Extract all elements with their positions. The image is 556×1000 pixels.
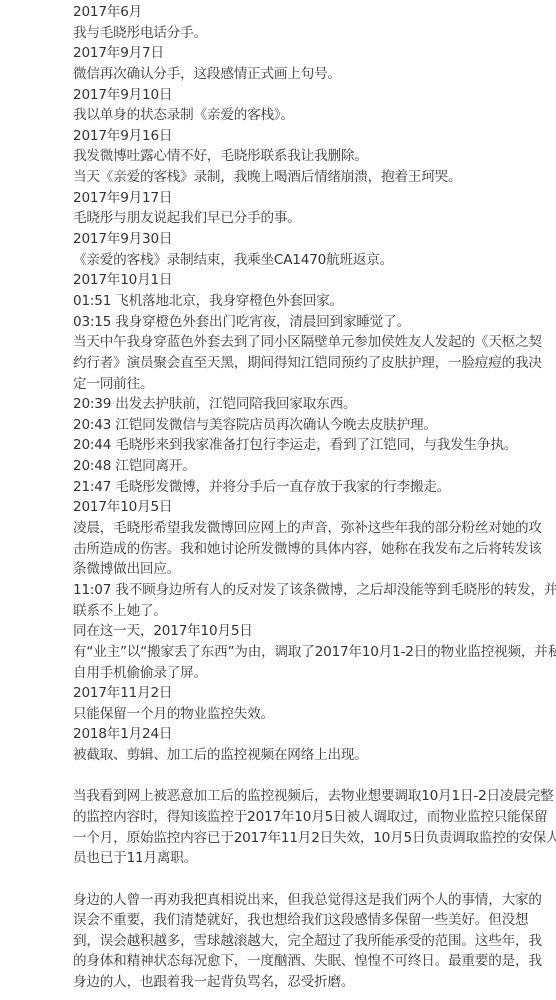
paragraph-line: 误会不重要，我们清楚就好，我也想给我们这段感情多保留一些美好。但没想 [73,910,543,931]
date-heading: 2017年6月 [73,2,543,23]
date-heading: 2017年10月1日 [73,270,543,291]
paragraph-line: 的监控内容时，得知该监控于2017年10月5日被人调取过，而物业监控只能保留 [73,807,543,828]
paragraph-line: 微信再次确认分手，这段感情正式画上句号。 [73,64,543,85]
timeline-entry: 20:39 出发去护肤前，江铠同陪我回家取东西。 [73,394,543,415]
date-heading: 2018年1月24日 [73,724,543,745]
paragraph-line: 凌晨，毛晓彤希望我发微博回应网上的声音，弥补这些年我的部分粉丝对她的攻 [73,518,543,539]
paragraph-line: 我以单身的状态录制《亲爱的客栈》。 [73,105,543,126]
paragraph-line: 当天中午我身穿蓝色外套去到了同小区隔壁单元参加侯姓友人发起的《天枢之契 [73,332,543,353]
paragraph-line: 的身体和精神状态每况愈下，一度酗酒、失眠、惶惶不可终日。最重要的是，我 [73,951,543,972]
paragraph-line: 被截取、剪辑、加工后的监控视频在网络上出现。 [73,745,543,766]
paragraph-line: 条微博做出回应。 [73,559,543,580]
paragraph-line: 自用手机偷偷录了屏。 [73,663,543,684]
timeline-entry: 20:44 毛晓彤来到我家准备打包行李运走，看到了江铠同，与我发生争执。 [73,435,543,456]
paragraph-line: 当天《亲爱的客栈》录制，我晚上喝酒后情绪崩溃，抱着王珂哭。 [73,167,543,188]
paragraph-line: 毛晓彤与朋友说起我们早已分手的事。 [73,208,543,229]
paragraph-line: 《亲爱的客栈》录制结束，我乘坐CA1470航班返京。 [73,250,543,271]
timeline-entry: 20:43 江铠同发微信与美容院店员再次确认今晚去皮肤护理。 [73,415,543,436]
timeline-entry: 21:47 毛晓彤发微博，并将分手后一直存放于我家的行李搬走。 [73,477,543,498]
date-heading: 2017年9月7日 [73,43,543,64]
paragraph-line: 联系不上她了。 [73,601,543,622]
paragraph-line: 约行者》演员聚会直至天黑，期间得知江铠同预约了皮肤护理，一脸痘痘的我决 [73,353,543,374]
paragraph-line: 到，误会越积越多，雪球越滚越大，完全超过了我所能承受的范围。这些年，我 [73,931,543,952]
paragraph-line: 同在这一天，2017年10月5日 [73,621,543,642]
paragraph-line: 员也已于11月离职。 [73,848,543,869]
paragraph-line: 定一同前往。 [73,374,543,395]
paragraph-line: 有“业主”以“搬家丢了东西”为由，调取了2017年10月1-2日的物业监控视频，… [73,642,543,663]
date-heading: 2017年9月16日 [73,126,543,147]
paragraph-line: 只能保留一个月的物业监控失效。 [73,704,543,725]
timeline-document: 2017年6月 我与毛晓彤电话分手。 2017年9月7日 微信再次确认分手，这段… [73,2,543,993]
paragraph-line: 我与毛晓彤电话分手。 [73,23,543,44]
date-heading: 2017年9月30日 [73,229,543,250]
blank-line [73,869,543,890]
timeline-entry: 11:07 我不顾身边所有人的反对发了该条微博，之后却没能等到毛晓彤的转发，并 [73,580,543,601]
date-heading: 2017年9月10日 [73,85,543,106]
paragraph-line: 身边的人，也跟着我一起背负骂名，忍受折磨。 [73,972,543,993]
blank-line [73,766,543,787]
paragraph-line: 一个月，原始监控内容已于2017年11月2日失效，10月5日负责调取监控的安保人 [73,828,543,849]
timeline-entry: 01:51 飞机落地北京，我身穿橙色外套回家。 [73,291,543,312]
paragraph-line: 击所造成的伤害。我和她讨论所发微博的具体内容，她称在我发布之后将转发该 [73,539,543,560]
date-heading: 2017年10月5日 [73,497,543,518]
paragraph-line: 我发微博吐露心情不好，毛晓彤联系我让我删除。 [73,146,543,167]
timeline-entry: 03:15 我身穿橙色外套出门吃宵夜，清晨回到家睡觉了。 [73,312,543,333]
date-heading: 2017年9月17日 [73,188,543,209]
paragraph-line: 身边的人曾一再劝我把真相说出来，但我总觉得这是我们两个人的事情，大家的 [73,890,543,911]
date-heading: 2017年11月2日 [73,683,543,704]
paragraph-line: 当我看到网上被恶意加工后的监控视频后，去物业想要调取10月1日-2日凌晨完整 [73,786,543,807]
timeline-entry: 20:48 江铠同离开。 [73,456,543,477]
